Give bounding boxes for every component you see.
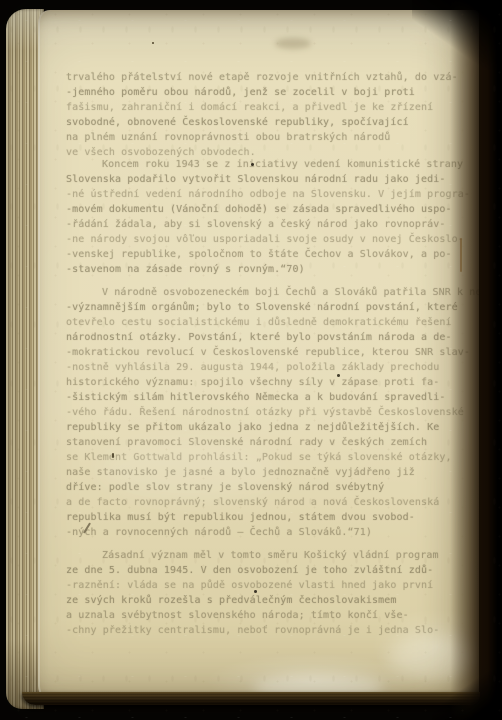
text-line: -ných a rovnocenných národů – Čechů a Sl… (66, 525, 474, 540)
text-line: naše stanovisko je jasné a bylo jednozna… (66, 465, 474, 480)
text-line: -nostně vyhlásila 29. augusta 1944, polo… (66, 360, 474, 375)
text-line: na plném uznání rovnoprávnosti obou brat… (66, 130, 474, 145)
text-line: republika musí být republikou jednou, st… (66, 510, 474, 525)
book-photo: trvalého přátelství nové etapě rozvoje v… (0, 0, 502, 720)
text-line: -šistickým silám hitlerovského Německa a… (66, 390, 474, 405)
text-line: historického významu: spojilo všechny sí… (66, 375, 474, 390)
text-line: -né ústřední vedení národního odboje na … (66, 187, 474, 202)
text-line: -venskej republike, spoločnom to štáte Č… (66, 247, 474, 262)
text-line: a de facto rovnoprávný; slovenský národ … (66, 495, 474, 510)
text-line: -řádání žádala, aby si slovenský a český… (66, 217, 474, 232)
book-page: trvalého přátelství nové etapě rozvoje v… (38, 10, 479, 702)
text-line: trvalého přátelství nové etapě rozvoje v… (66, 70, 474, 85)
top-right-shadow (412, 0, 502, 70)
text-line: -jemného poměru obou národů, jenž se zoc… (66, 85, 474, 100)
text-line: otevřelo cestu socialistickému i důsledn… (66, 315, 474, 330)
paragraph-2: Koncem roku 1943 se z iniciativy vedení … (66, 157, 474, 277)
text-line: Slovenska podařilo vytvořit Slovenskou n… (66, 172, 474, 187)
ink-speck (254, 590, 257, 593)
paragraph-1: trvalého přátelství nové etapě rozvoje v… (66, 70, 474, 160)
gutter-shadow (450, 0, 502, 720)
text-line: fašismu, zahraniční i domácí reakci, a p… (66, 100, 474, 115)
text-line: národnostní otázky. Povstání, které bylo… (66, 330, 474, 345)
text-line: ze svých kroků rozešla s předválečným če… (66, 593, 474, 608)
text-line: -vého řádu. Řešení národnostní otázky př… (66, 405, 474, 420)
text-line: V národně osvobozeneckém boji Čechů a Sl… (66, 285, 474, 300)
text-line: Koncem roku 1943 se z iniciativy vedení … (66, 157, 474, 172)
text-line: a uznala svébytnost slovenského národa; … (66, 608, 474, 623)
ink-speck (152, 42, 154, 44)
bottom-right-shadow (432, 670, 502, 720)
text-line: ze dne 5. dubna 1945. V den osvobození j… (66, 563, 474, 578)
ink-speck (251, 163, 254, 166)
ink-speck (112, 453, 114, 458)
text-line: svobodné, obnovené Československé republ… (66, 115, 474, 130)
text-line: -movém dokumentu (Vánoční dohodě) se zás… (66, 202, 474, 217)
text-line: -stavenom na zásade rovný s rovným.“70) (66, 262, 474, 277)
text-line: dříve: podle slov strany je slovenský ná… (66, 480, 474, 495)
text-line: -raznění: vláda se na půdě osvobozené vl… (66, 578, 474, 593)
text-line: Zásadní význam měl v tomto směru Košický… (66, 548, 474, 563)
paragraph-3: V národně osvobozeneckém boji Čechů a Sl… (66, 285, 474, 540)
page-bottom-edge (22, 692, 480, 705)
text-line: republiky se přitom ukázalo jako jedna z… (66, 420, 474, 435)
ink-speck (337, 374, 340, 377)
paragraph-4: Zásadní význam měl v tomto směru Košický… (66, 548, 474, 638)
text-line: -ne národy svojou vôľou usporiadali svoj… (66, 232, 474, 247)
paper-fiber (460, 238, 462, 272)
text-line: stanovení pravomoci Slovenské národní ra… (66, 435, 474, 450)
text-line: -mokratickou revolucí v Československé r… (66, 345, 474, 360)
text-line: -chny přežitky centralismu, neboť rovnop… (66, 623, 474, 638)
page-text: trvalého přátelství nové etapě rozvoje v… (66, 10, 474, 702)
text-line: se Klement Gottwald prohlásil: „Pokud se… (66, 450, 474, 465)
text-line: -významnějším orgánům; bylo to Slovenské… (66, 300, 474, 315)
